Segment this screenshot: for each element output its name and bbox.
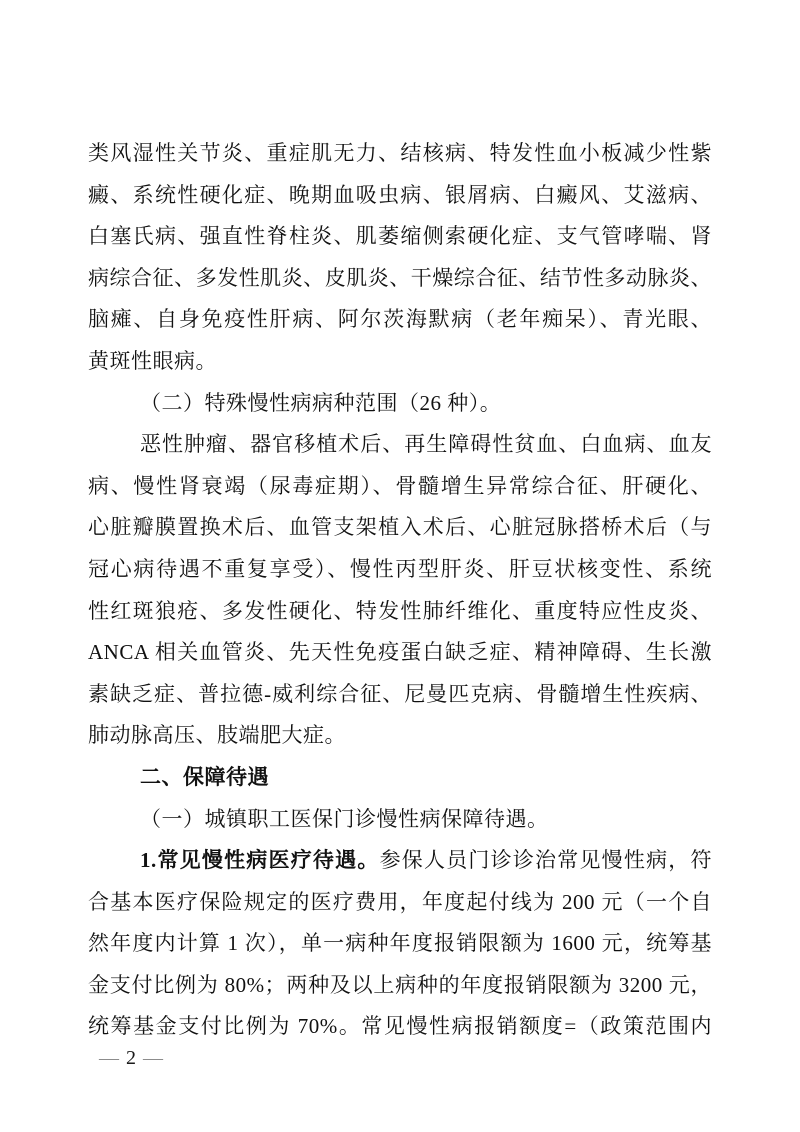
line-text: 参保人员门诊诊治常见慢性病，符 [380,848,712,872]
page-number: 2 [126,1047,136,1069]
text-line: 病综合征、多发性肌炎、皮肌炎、干燥综合征、结节性多动脉炎、 [88,258,712,300]
bold-lead-in: 1.常见慢性病医疗待遇。 [140,848,380,872]
document-body: 类风湿性关节炎、重症肌无力、结核病、特发性血小板减少性紫癜、系统性硬化症、晚期血… [88,133,712,1048]
text-line: ANCA 相关血管炎、先天性免疫蛋白缺乏症、精神障碍、生长激 [88,632,712,674]
text-line: 黄斑性眼病。 [88,341,712,383]
text-line: 金支付比例为 80%；两种及以上病种的年度报销限额为 3200 元， [88,965,712,1007]
text-line: 二、保障待遇 [88,757,712,799]
text-line: 1.常见慢性病医疗待遇。参保人员门诊诊治常见慢性病，符 [88,840,712,882]
text-line: 脑瘫、自身免疫性肝病、阿尔茨海默病（老年痴呆）、青光眼、 [88,299,712,341]
text-line: 癜、系统性硬化症、晚期血吸虫病、银屑病、白癜风、艾滋病、 [88,175,712,217]
footer-dash-right: — [143,1047,163,1069]
text-line: 恶性肿瘤、器官移植术后、再生障碍性贫血、白血病、血友 [88,424,712,466]
text-line: 合基本医疗保险规定的医疗费用，年度起付线为 200 元（一个自 [88,882,712,924]
page-footer: —2— [99,1045,163,1071]
text-line: 类风湿性关节炎、重症肌无力、结核病、特发性血小板减少性紫 [88,133,712,175]
text-line: 冠心病待遇不重复享受）、慢性丙型肝炎、肝豆状核变性、系统 [88,549,712,591]
text-line: 白塞氏病、强直性脊柱炎、肌萎缩侧索硬化症、支气管哮喘、肾 [88,216,712,258]
text-line: 心脏瓣膜置换术后、血管支架植入术后、心脏冠脉搭桥术后（与 [88,507,712,549]
text-line: 统筹基金支付比例为 70%。常见慢性病报销额度=（政策范围内 [88,1006,712,1048]
document-page: 类风湿性关节炎、重症肌无力、结核病、特发性血小板减少性紫癜、系统性硬化症、晚期血… [0,0,800,1132]
footer-dash-left: — [99,1047,119,1069]
text-line: 然年度内计算 1 次），单一病种年度报销限额为 1600 元，统筹基 [88,923,712,965]
text-line: 病、慢性肾衰竭（尿毒症期）、骨髓增生异常综合征、肝硬化、 [88,466,712,508]
text-line: （二）特殊慢性病病种范围（26 种）。 [88,383,712,425]
text-line: 性红斑狼疮、多发性硬化、特发性肺纤维化、重度特应性皮炎、 [88,591,712,633]
text-line: 素缺乏症、普拉德-威利综合征、尼曼匹克病、骨髓增生性疾病、 [88,674,712,716]
text-line: 肺动脉高压、肢端肥大症。 [88,715,712,757]
text-line: （一）城镇职工医保门诊慢性病保障待遇。 [88,799,712,841]
